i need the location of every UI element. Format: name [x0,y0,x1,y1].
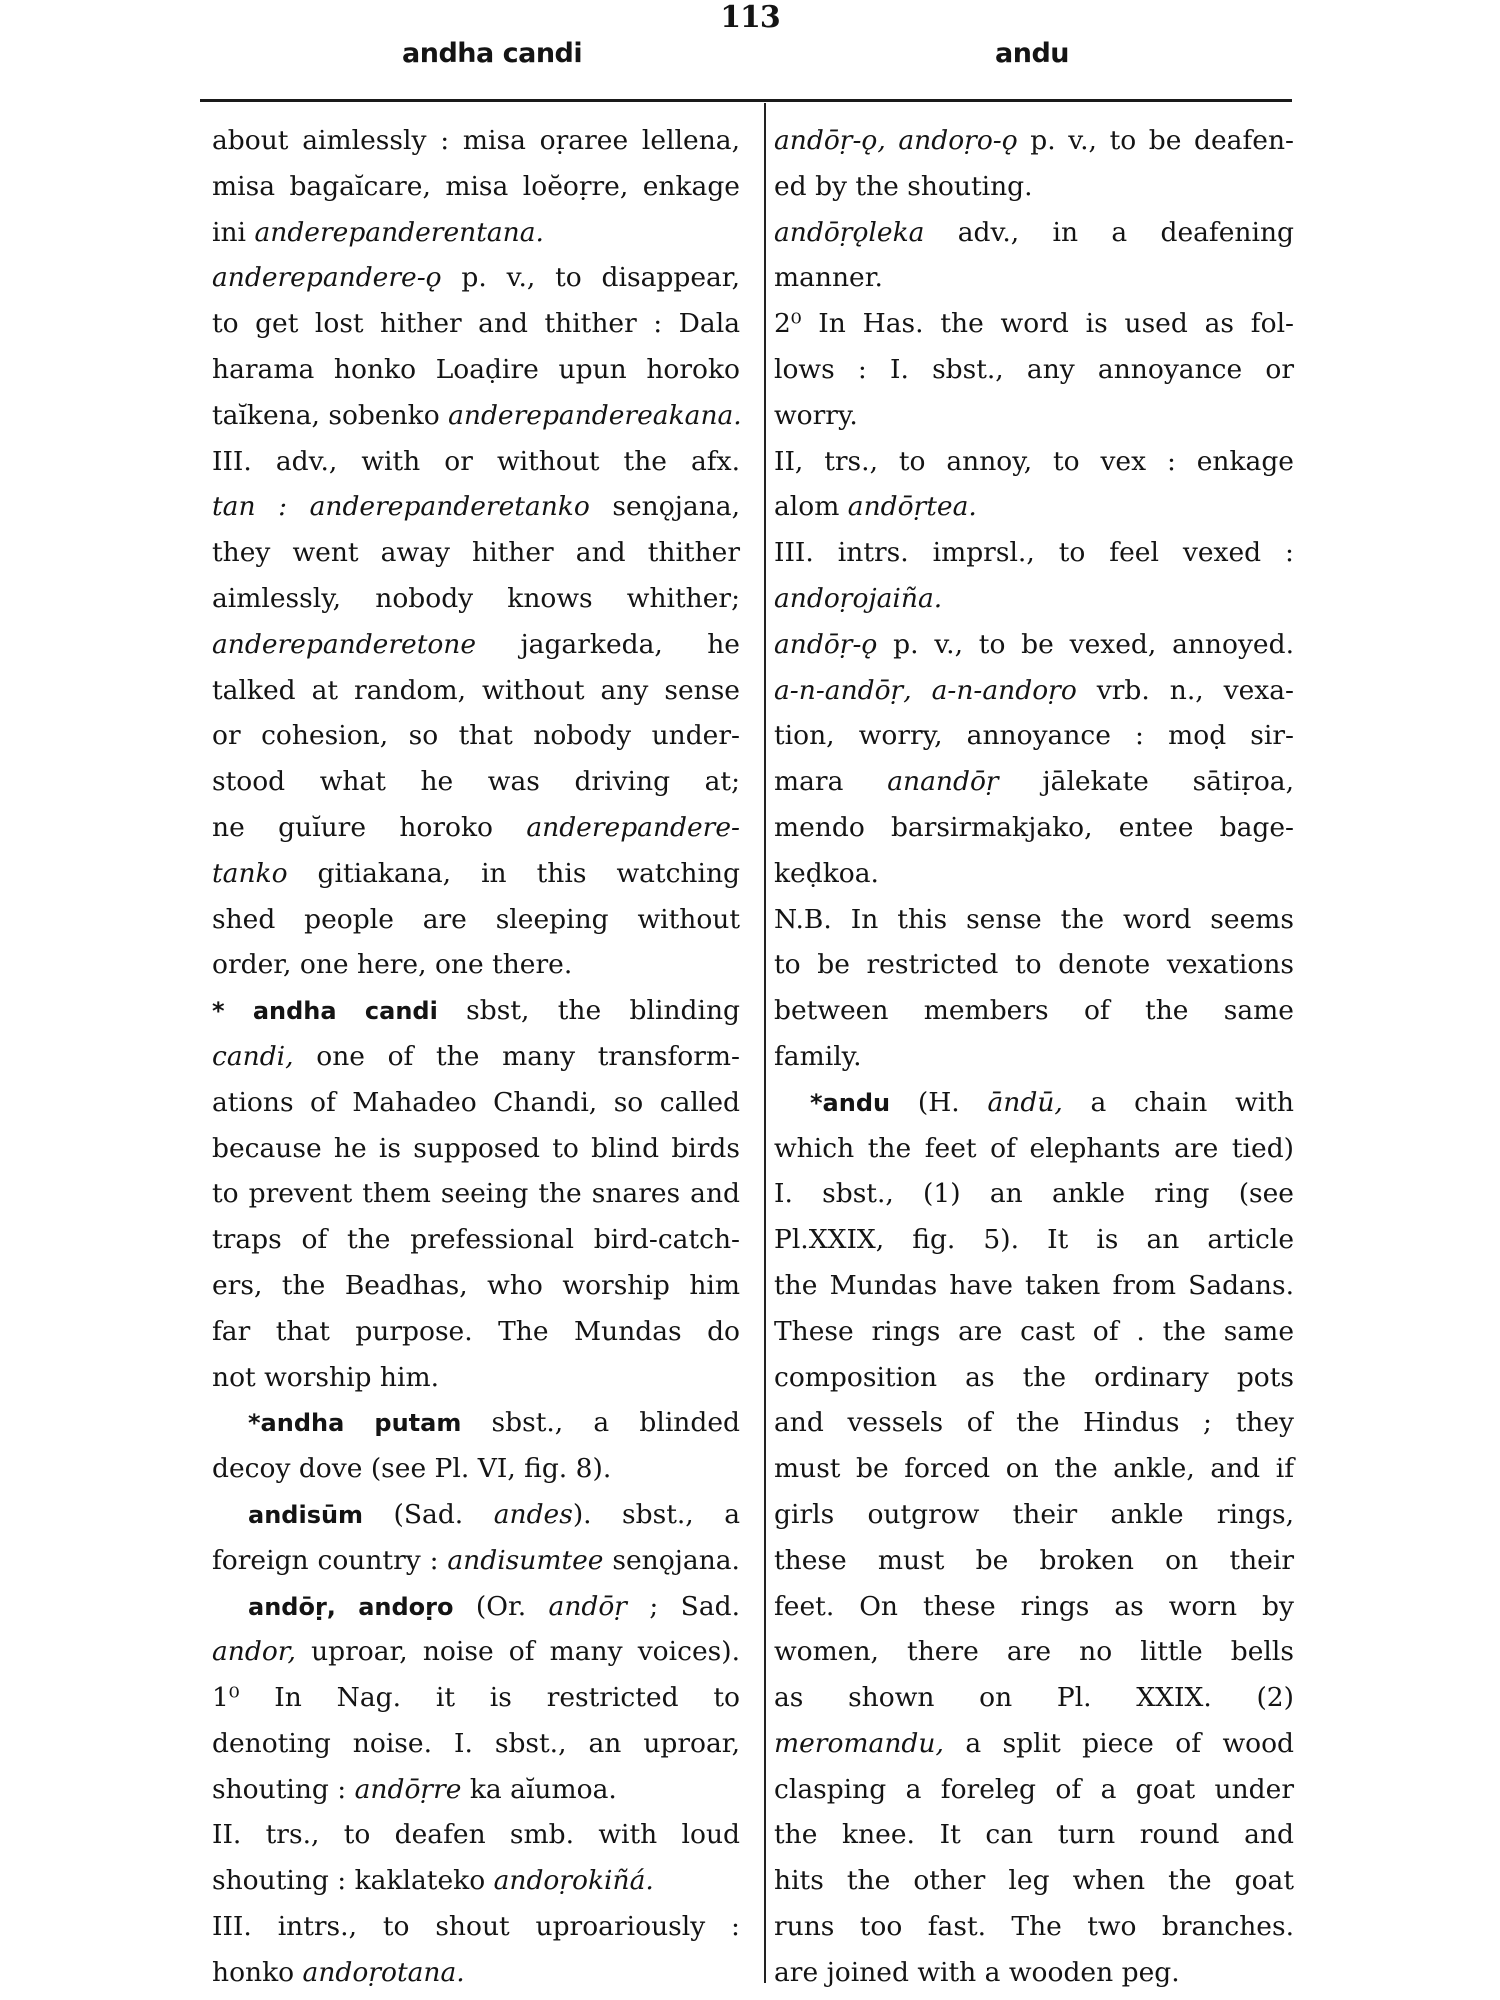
body-text: alom [774,491,848,522]
body-text: Pl.XXIX, fig. 5). It is an article [774,1224,1294,1255]
body-text: as shown on Pl. XXIX. (2) [774,1682,1294,1713]
body-text: or cohesion, so that nobody under- [212,720,740,751]
text-line: candi, one of the many transform- [212,1034,740,1080]
text-line: must be forced on the ankle, and if [774,1446,1294,1492]
body-text: p. v., to be deafen- [1018,125,1294,156]
text-line: Pl.XXIX, fig. 5). It is an article [774,1217,1294,1263]
headword: andōṛ, andoṛo [248,1593,454,1621]
text-line: mara anandōṛ jālekate sātiṛoa, [774,759,1294,805]
running-head-right: andu [995,38,1069,69]
body-text: taĭkena, sobenko [212,400,448,431]
italic-term: andoṛokiñá. [494,1865,654,1896]
body-text: girls outgrow their ankle rings, [774,1499,1294,1530]
text-line: N.B. In this sense the word seems [774,897,1294,943]
body-text: ; Sad. [627,1591,740,1622]
body-text: tion, worry, annoyance : moḍ sir- [774,720,1294,751]
headword: *andha putam [248,1409,461,1437]
text-line: andisūm (Sad. andes). sbst., a [212,1492,740,1538]
body-text: 1⁰ In Nag. it is restricted to [212,1682,740,1713]
text-line: the knee. It can turn round and [774,1812,1294,1858]
text-line: runs too fast. The two branches. [774,1904,1294,1950]
body-text: II, trs., to annoy, to vex : enkage [774,446,1294,477]
body-text: feet. On these rings as worn by [774,1591,1294,1622]
body-text: worry. [774,400,858,431]
text-line: traps of the prefessional bird-catch- [212,1217,740,1263]
body-text: misa bagaĭcare, misa loĕoṛre, enkage [212,171,740,202]
text-line: 1⁰ In Nag. it is restricted to [212,1675,740,1721]
text-line: not worship him. [212,1355,740,1401]
body-text: II. trs., to deafen smb. with loud [212,1819,740,1850]
body-text: III. intrs., to shout uproariously : [212,1911,740,1942]
body-text: between members of the same [774,995,1294,1026]
text-line: ations of Mahadeo Chandi, so called [212,1080,740,1126]
italic-term: tanko [212,858,288,889]
body-text: they went away hither and thither [212,537,740,568]
text-line: far that purpose. The Mundas do [212,1309,740,1355]
italic-term: āndū, [987,1087,1062,1118]
body-text: ed by the shouting. [774,171,1033,202]
italic-term: andōṛǫleka [774,217,924,248]
body-text: mendo barsirmakjako, entee bage- [774,812,1294,843]
body-text: senǫjana, [590,491,740,522]
text-line: girls outgrow their ankle rings, [774,1492,1294,1538]
italic-term: andoṛojaiña. [774,583,942,614]
text-line: women, there are no little bells [774,1629,1294,1675]
header-rule [200,99,1292,102]
body-text: family. [774,1041,862,1072]
body-text: sbst, the blinding [438,995,740,1026]
text-line: II, trs., to annoy, to vex : enkage [774,439,1294,485]
text-line: they went away hither and thither [212,530,740,576]
text-line: aimlessly, nobody knows whither; [212,576,740,622]
body-text: ers, the Beadhas, who worship him [212,1270,740,1301]
body-text: keḍkoa. [774,858,879,889]
body-text: ini [212,217,254,248]
body-text: to get lost hither and thither : Dala [212,308,740,339]
body-text: senǫjana. [604,1545,740,1576]
italic-term: candi, [212,1041,294,1072]
text-line: andoṛojaiña. [774,576,1294,622]
italic-term: anandōṛ [887,766,998,797]
body-text: shouting : [212,1774,355,1805]
body-text: the knee. It can turn round and [774,1819,1294,1850]
text-line: taĭkena, sobenko anderepandereakana. [212,393,740,439]
body-text: order, one here, one there. [212,949,572,980]
running-head-left: andha candi [402,38,582,69]
body-text: hits the other leg when the goat [774,1865,1294,1896]
body-text: to prevent them seeing the snares and [212,1178,740,1209]
text-line: ini anderepanderentana. [212,210,740,256]
text-line: shouting : andōṛre ka aĭumoa. [212,1767,740,1813]
text-line: are joined with a wooden peg. [774,1950,1294,1996]
text-line: keḍkoa. [774,851,1294,897]
text-line: which the feet of elephants are tied) [774,1126,1294,1172]
text-line: III. adv., with or without the afx. [212,439,740,485]
text-line: III. intrs., to shout uproariously : [212,1904,740,1950]
body-text: women, there are no little bells [774,1636,1294,1667]
italic-term: anderepanderentana. [254,217,544,248]
text-line: II. trs., to deafen smb. with loud [212,1812,740,1858]
body-text: adv., in a deafening [924,217,1294,248]
page-number: 113 [0,0,1500,35]
body-text: which the feet of elephants are tied) [774,1133,1294,1164]
text-line: the Mundas have taken from Sadans. [774,1263,1294,1309]
body-text: must be forced on the ankle, and if [774,1453,1294,1484]
body-text: N.B. In this sense the word seems [774,904,1294,935]
italic-term: andoṛotana. [303,1957,465,1988]
text-line: a-n-andōṛ, a-n-andoṛo vrb. n., vexa- [774,668,1294,714]
text-line: tan : anderepanderetanko senǫjana, [212,484,740,530]
body-text: I. sbst., (1) an ankle ring (see [774,1178,1294,1209]
text-line: andor, uproar, noise of many voices). [212,1629,740,1675]
text-line: to prevent them seeing the snares and [212,1171,740,1217]
column-divider [764,103,766,1983]
text-line: shouting : kaklateko andoṛokiñá. [212,1858,740,1904]
body-text: manner. [774,262,883,293]
body-text: ations of Mahadeo Chandi, so called [212,1087,740,1118]
body-text: shouting : kaklateko [212,1865,494,1896]
italic-term: andor, [212,1636,296,1667]
text-line: stood what he was driving at; [212,759,740,805]
body-text: uproar, noise of many voices). [296,1636,740,1667]
text-line: about aimlessly : misa oṛaree lellena, [212,118,740,164]
text-line: I. sbst., (1) an ankle ring (see [774,1171,1294,1217]
text-line: shed people are sleeping without [212,897,740,943]
body-text: jagarkeda, he [476,629,740,660]
body-text: are joined with a wooden peg. [774,1957,1180,1988]
text-line: to get lost hither and thither : Dala [212,301,740,347]
text-line: tanko gitiakana, in this watching [212,851,740,897]
italic-term: anderepanderetanko [310,491,590,522]
body-text: to be restricted to denote vexations [774,949,1294,980]
body-text: ka aĭumoa. [461,1774,616,1805]
body-text: mara [774,766,887,797]
body-text: harama honko Loaḍire upun horoko [212,354,740,385]
text-line: composition as the ordinary pots [774,1355,1294,1401]
body-text: talked at random, without any sense [212,675,740,706]
text-line: alom andōṛtea. [774,484,1294,530]
left-column: about aimlessly : misa oṛaree lellena,mi… [212,118,740,1996]
text-line: family. [774,1034,1294,1080]
text-line: to be restricted to denote vexations [774,942,1294,988]
text-line: These rings are cast of . the same [774,1309,1294,1355]
text-line: 2⁰ In Has. the word is used as fol- [774,301,1294,347]
body-text: p. v., to be vexed, annoyed. [877,629,1294,660]
body-text: about aimlessly : misa oṛaree lellena, [212,125,740,156]
text-line: * andha candi sbst, the blinding [212,988,740,1034]
text-line: anderepanderetone jagarkeda, he [212,622,740,668]
body-text: vrb. n., vexa- [1077,675,1294,706]
body-text: aimlessly, nobody knows whither; [212,583,740,614]
body-text: traps of the prefessional bird-catch- [212,1224,740,1255]
body-text: a split piece of wood [944,1728,1294,1759]
body-text: (H. [890,1087,987,1118]
italic-term: andisumtee [447,1545,603,1576]
body-text: composition as the ordinary pots [774,1362,1294,1393]
italic-term: andōṛ-ǫ, andoṛo-ǫ [774,125,1018,156]
text-line: worry. [774,393,1294,439]
text-line: harama honko Loaḍire upun horoko [212,347,740,393]
italic-term: andōṛre [355,1774,462,1805]
body-text: p. v., to disappear, [442,262,740,293]
body-text: (Sad. [363,1499,494,1530]
body-text: runs too fast. The two branches. [774,1911,1294,1942]
text-line: denoting noise. I. sbst., an uproar, [212,1721,740,1767]
body-text: and vessels of the Hindus ; they [774,1407,1294,1438]
text-line: andōṛ, andoṛo (Or. andōṛ ; Sad. [212,1584,740,1630]
body-text: ne guĭure horoko [212,812,526,843]
text-line: ed by the shouting. [774,164,1294,210]
text-line: meromandu, a split piece of wood [774,1721,1294,1767]
body-text: denoting noise. I. sbst., an uproar, [212,1728,740,1759]
body-text: (Or. [454,1591,549,1622]
text-line: *andu (H. āndū, a chain with [774,1080,1294,1126]
text-line: clasping a foreleg of a goat under [774,1767,1294,1813]
headword: *andu [810,1089,890,1117]
text-line: III. intrs. imprsl., to feel vexed : [774,530,1294,576]
headword: * andha candi [212,997,438,1025]
text-line: decoy dove (see Pl. VI, fig. 8). [212,1446,740,1492]
body-text: lows : I. sbst., any annoyance or [774,354,1294,385]
text-line: andōṛ-ǫ, andoṛo-ǫ p. v., to be deafen- [774,118,1294,164]
right-column: andōṛ-ǫ, andoṛo-ǫ p. v., to be deafen-ed… [774,118,1294,1996]
text-line: *andha putam sbst., a blinded [212,1400,740,1446]
text-line: feet. On these rings as worn by [774,1584,1294,1630]
headword: andisūm [248,1501,363,1529]
text-line: order, one here, one there. [212,942,740,988]
italic-term: andōṛtea. [848,491,977,522]
body-text: III. adv., with or without the afx. [212,446,740,477]
body-text: decoy dove (see Pl. VI, fig. 8). [212,1453,611,1484]
body-text: the Mundas have taken from Sadans. [774,1270,1294,1301]
text-line: these must be broken on their [774,1538,1294,1584]
body-text: sbst., a blinded [461,1407,740,1438]
body-text: one of the many transform- [294,1041,740,1072]
italic-term: andōṛ [549,1591,627,1622]
text-line: talked at random, without any sense [212,668,740,714]
body-text: clasping a foreleg of a goat under [774,1774,1294,1805]
body-text: These rings are cast of . the same [774,1316,1294,1347]
italic-term: anderepandereakana. [448,400,742,431]
body-text: honko [212,1957,303,1988]
text-line: andōṛǫleka adv., in a deafening [774,210,1294,256]
text-line: and vessels of the Hindus ; they [774,1400,1294,1446]
text-line: ers, the Beadhas, who worship him [212,1263,740,1309]
body-text: foreign country : [212,1545,447,1576]
body-text: shed people are sleeping without [212,904,740,935]
text-line: anderepandere-ǫ p. v., to disappear, [212,255,740,301]
text-line: tion, worry, annoyance : moḍ sir- [774,713,1294,759]
text-line: honko andoṛotana. [212,1950,740,1996]
body-text: jālekate sātiṛoa, [999,766,1294,797]
text-line: hits the other leg when the goat [774,1858,1294,1904]
body-text: far that purpose. The Mundas do [212,1316,740,1347]
text-line: misa bagaĭcare, misa loĕoṛre, enkage [212,164,740,210]
text-line: between members of the same [774,988,1294,1034]
italic-term: meromandu, [774,1728,944,1759]
text-line: andōṛ-ǫ p. v., to be vexed, annoyed. [774,622,1294,668]
body-text: 2⁰ In Has. the word is used as fol- [774,308,1294,339]
text-line: lows : I. sbst., any annoyance or [774,347,1294,393]
italic-term: anderepanderetone [212,629,476,660]
italic-term: andōṛ-ǫ [774,629,877,660]
text-line: mendo barsirmakjako, entee bage- [774,805,1294,851]
text-line: foreign country : andisumtee senǫjana. [212,1538,740,1584]
body-text: a chain with [1063,1087,1294,1118]
italic-term: tan : [212,491,310,522]
body-text: ). sbst., a [573,1499,740,1530]
text-line: manner. [774,255,1294,301]
body-text: stood what he was driving at; [212,766,740,797]
body-text: not worship him. [212,1362,439,1393]
text-line: ne guĭure horoko anderepandere- [212,805,740,851]
text-line: as shown on Pl. XXIX. (2) [774,1675,1294,1721]
body-text: III. intrs. imprsl., to feel vexed : [774,537,1294,568]
italic-term: andes [494,1499,573,1530]
body-text: because he is supposed to blind birds [212,1133,740,1164]
body-text: these must be broken on their [774,1545,1294,1576]
text-line: or cohesion, so that nobody under- [212,713,740,759]
body-text: gitiakana, in this watching [288,858,740,889]
italic-term: a-n-andōṛ, a-n-andoṛo [774,675,1077,706]
text-line: because he is supposed to blind birds [212,1126,740,1172]
italic-term: anderepandere-ǫ [212,262,442,293]
italic-term: anderepandere- [526,812,740,843]
